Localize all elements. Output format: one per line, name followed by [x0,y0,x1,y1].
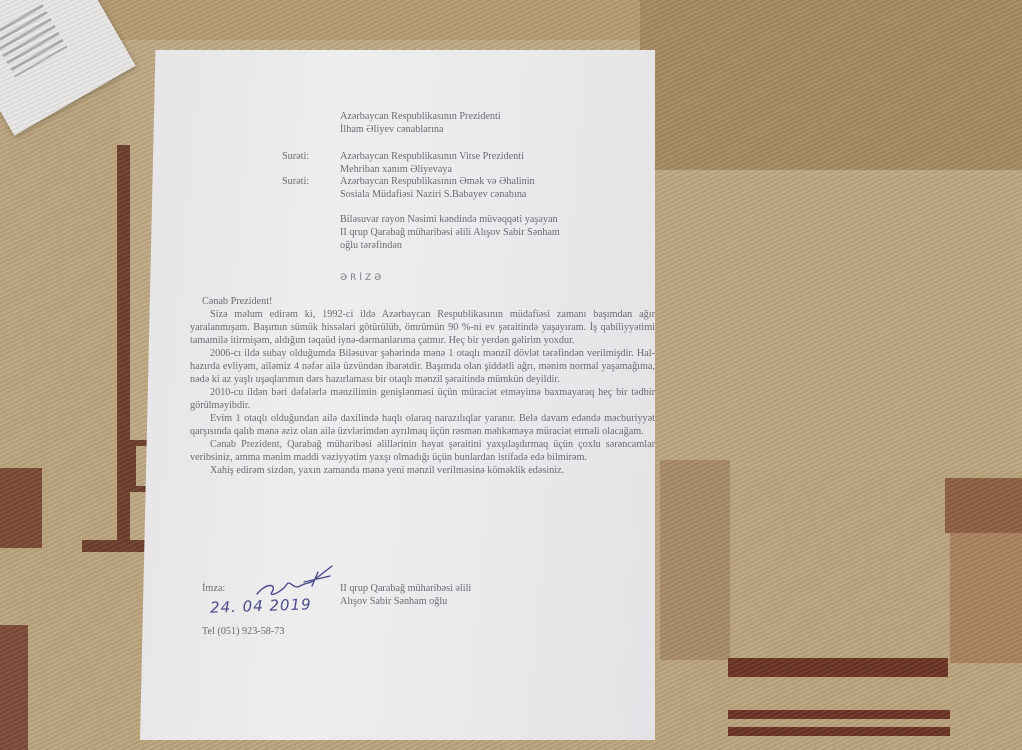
addressee-line: İlham Əliyev cənablarına [340,123,501,136]
copy-line: Azərbaycan Respublikasının Vitse Prezide… [340,150,524,163]
carpet-brown-block [950,533,1022,663]
sender-block: Biləsuvar rayon Nəsimi kəndində müvəqqət… [340,213,560,252]
letter-body: Cənab Prezident! Sizə məlum edirəm ki, 1… [190,295,655,477]
copy-recipient: Azərbaycan Respublikasının Əmək və Əhali… [340,175,535,201]
carpet-stripe [728,658,948,677]
signoff-line: Alışov Sabir Sənham oğlu [340,595,471,608]
sender-line: II qrup Qarabağ müharibəsi əlili Alışov … [340,226,560,239]
carpet-stripe [82,540,147,552]
signature-area: İmza: 24. 04 2019 Tel (051) 923-58-73 II… [180,570,640,670]
carpet-brown-block [0,468,42,548]
carpet-stripe [117,145,130,545]
phone-number: Tel (051) 923-58-73 [202,625,284,638]
salutation: Cənab Prezident! [190,295,655,308]
sender-signoff: II qrup Qarabağ müharibəsi əlili Alışov … [340,582,471,608]
carpet-light-panel [640,170,1022,470]
sender-line: oğlu tərəfindən [340,239,560,252]
letter-title: ƏRİZƏ [340,272,384,285]
carpet-stripe [728,710,950,719]
paragraph: Sizə məlum edirəm ki, 1992-ci ildə Azərb… [190,308,655,347]
carpet-dark-band [640,0,1022,170]
signature-label: İmza: [202,582,225,595]
paragraph: Evim 1 otaqlı olduğundan ailə daxilində … [190,412,655,438]
carpet-brown-block [0,625,28,750]
addressee-line: Azərbaycan Respublikasının Prezidenti [340,110,501,123]
carpet-brown-block [945,478,1022,533]
addressee-block: Azərbaycan Respublikasının Prezidenti İl… [340,110,501,136]
paragraph: 2006-cı ildə subay olduğumda Biləsuvar ş… [190,347,655,386]
carpet-dark-panel [660,460,730,660]
signoff-line: II qrup Qarabağ müharibəsi əlili [340,582,471,595]
paragraph: 2010-cu ildən bəri dəfələrlə mənzilimin … [190,386,655,412]
copy-recipient: Azərbaycan Respublikasının Vitse Prezide… [340,150,524,176]
copy-label: Surəti: [282,150,309,163]
sender-line: Biləsuvar rayon Nəsimi kəndində müvəqqət… [340,213,560,226]
letter-sheet: Azərbaycan Respublikasının Prezidenti İl… [140,50,655,740]
copy-line: Azərbaycan Respublikasının Əmək və Əhali… [340,175,535,188]
copy-label: Surəti: [282,175,309,188]
paragraph: Cənab Prezident, Qarabağ müharibəsi əlil… [190,438,655,464]
handwritten-date: 24. 04 2019 [210,598,312,615]
copy-line: Sosiala Müdafiəsi Naziri S.Babayev cənab… [340,188,535,201]
carpet-stripe [728,727,950,736]
paragraph: Xahiş edirəm sizdən, yaxın zamanda mənə … [190,464,655,477]
